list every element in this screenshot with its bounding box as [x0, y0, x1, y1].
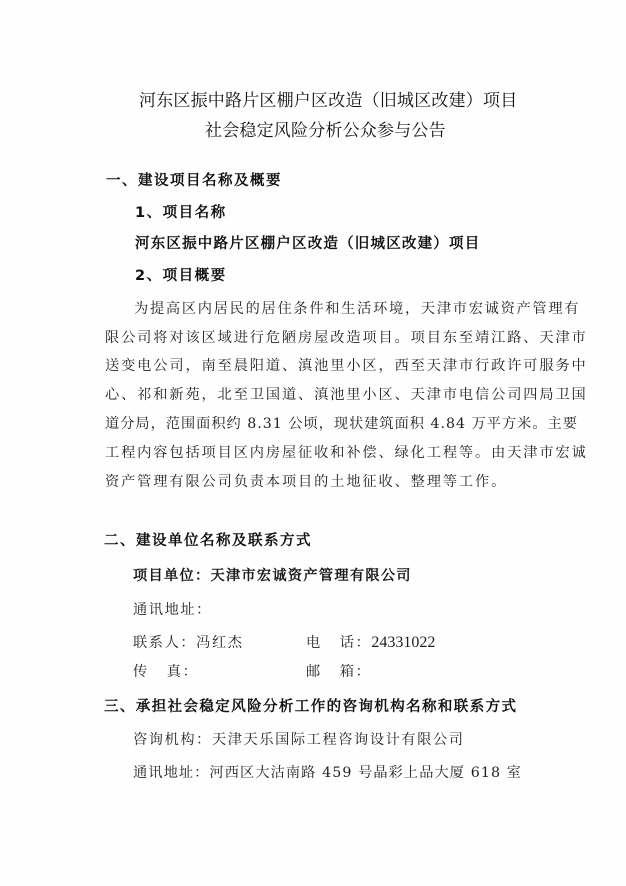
overview-line: 心、祁和新苑，北至卫国道、滇池里小区、天津市电信公司四局卫国 [105, 386, 588, 404]
email-row: 邮箱： [306, 663, 371, 681]
unit-label: 项目单位： [133, 568, 210, 584]
phone-row: 电话：24331022 [306, 634, 435, 652]
address-value: 河西区大沽南路 459 号晶彩上品大厦 618 室 [209, 765, 522, 781]
section3-address-row: 通讯地址：河西区大沽南路 459 号晶彩上品大厦 618 室 [133, 764, 522, 782]
contact-row: 联系人：冯红杰 [133, 634, 244, 652]
sub2-heading: 2、项目概要 [135, 267, 227, 285]
fax-row: 传真： [133, 663, 198, 681]
fax-label-a: 传 [133, 664, 149, 680]
overview-line: 工程内容包括项目区内房屋征收和补偿、绿化工程等。由天津市宏诚 [105, 444, 588, 462]
phone-value: 24331022 [371, 634, 435, 651]
agency-row: 咨询机构：天津天乐国际工程咨询设计有限公司 [133, 731, 465, 749]
email-label-b: 箱： [340, 664, 372, 680]
overview-line: 限公司将对该区域进行危陋房屋改造项目。项目东至靖江路、天津市 [105, 329, 588, 347]
section2-address-row: 通讯地址： [133, 601, 212, 619]
project-unit-row: 项目单位：天津市宏诚资产管理有限公司 [133, 566, 412, 585]
phone-label-a: 电 [306, 635, 322, 651]
agency-value: 天津天乐国际工程咨询设计有限公司 [212, 732, 465, 748]
unit-value: 天津市宏诚资产管理有限公司 [210, 568, 411, 584]
overview-line: 资产管理有限公司负责本项目的土地征收、整理等工作。 [105, 473, 507, 491]
phone-label-b: 话： [340, 635, 372, 651]
document-page: 河东区振中路片区棚户区改造（旧城区改建）项目 社会稳定风险分析公众参与公告 一、… [0, 0, 626, 886]
overview-line: 送变电公司，南至晨阳道、滇池里小区，西至天津市行政许可服务中 [105, 357, 588, 375]
sub1-heading: 1、项目名称 [135, 204, 227, 222]
project-name: 河东区振中路片区棚户区改造（旧城区改建）项目 [135, 235, 480, 253]
section3-heading: 三、承担社会稳定风险分析工作的咨询机构名称和联系方式 [104, 698, 517, 716]
title-line-2: 社会稳定风险分析公众参与公告 [205, 122, 446, 140]
agency-label: 咨询机构： [133, 732, 212, 748]
overview-line: 为提高区内居民的居住条件和生活环境，天津市宏诚资产管理有 [134, 300, 580, 318]
fax-label-b: 真： [167, 664, 199, 680]
section2-heading: 二、建设单位名称及联系方式 [104, 532, 312, 550]
contact-value: 冯红杰 [196, 635, 243, 651]
title-line-1: 河东区振中路片区棚户区改造（旧城区改建）项目 [139, 92, 517, 110]
overview-line: 道分局，范围面积约 8.31 公顷，现状建筑面积 4.84 万平方米。主要 [105, 415, 578, 433]
address-label: 通讯地址： [133, 602, 212, 618]
contact-label: 联系人： [133, 635, 196, 651]
email-label-a: 邮 [306, 664, 322, 680]
section1-heading: 一、建设项目名称及概要 [106, 172, 282, 190]
address-label: 通讯地址： [133, 765, 209, 781]
